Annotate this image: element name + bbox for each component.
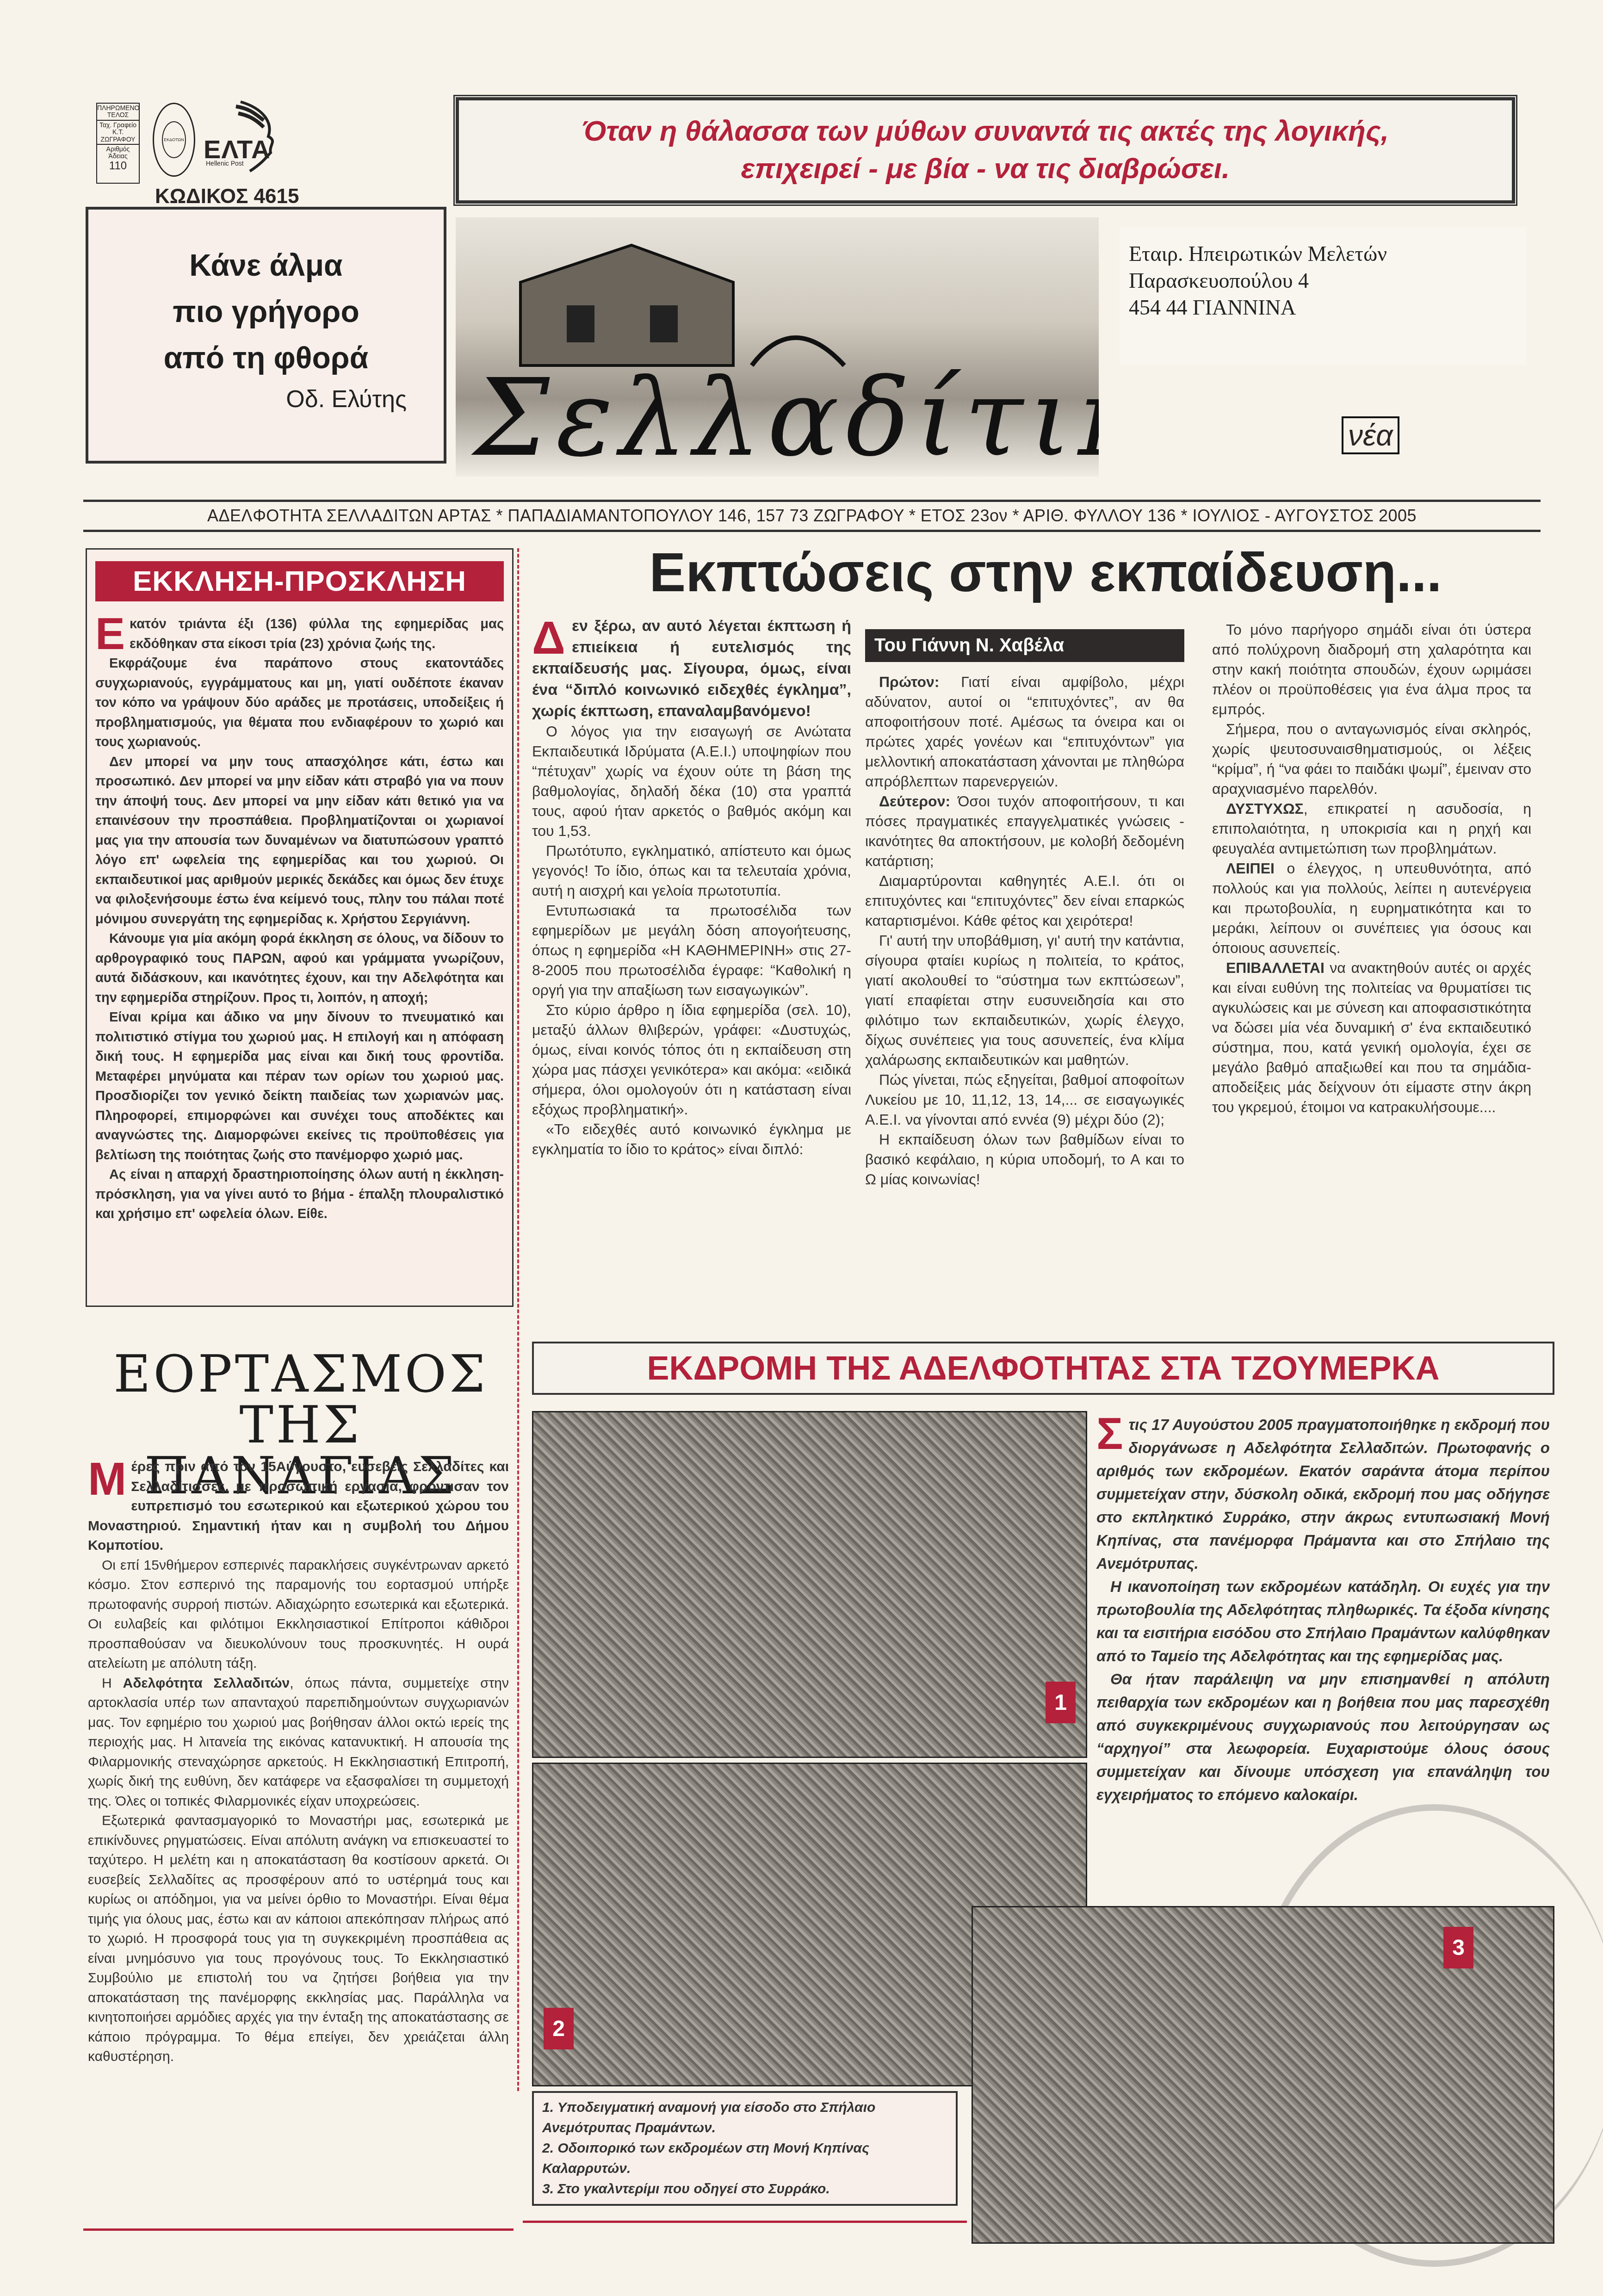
office-label: Ταχ. Γραφείο — [99, 121, 136, 129]
lead-paragraph: έρες πριν από τον 15Αύγουστο, ευσεβείς Σ… — [88, 1459, 509, 1553]
lead-word: Δεύτερον: — [879, 793, 950, 810]
article-paragraph: Γι' αυτή την υποβάθμιση, γι' αυτή την κα… — [865, 932, 1184, 1068]
article-paragraph: Το μόνο παρήγορο σημάδι είναι ότι ύστερα… — [1212, 621, 1531, 718]
article-paragraph: Πώς γίνεται, πώς εξηγείται, βαθμοί αποφο… — [865, 1071, 1184, 1128]
main-headline: Εκπτώσεις στην εκπαίδευση... — [537, 541, 1554, 604]
lead-paragraph: εν ξέρω, αν αυτό λέγεται έκπτωση ή επιεί… — [532, 617, 851, 720]
photo-number-tag: 3 — [1443, 1927, 1473, 1968]
license-label: Αριθμός Άδειας — [106, 145, 130, 160]
postage-paid-box: ΠΛΗΡΩΜΕΝΟ ΤΕΛΟΣ Ταχ. ΓραφείοΚ.Τ. ΖΩΓΡΑΦΟ… — [96, 103, 140, 184]
lead-word: Πρώτον: — [879, 674, 939, 690]
caption-2: 2. Οδοιπορικό των εκδρομέων στη Μονή Κηπ… — [542, 2138, 947, 2179]
issue-info-bar: ΑΔΕΛΦΟΤΗΤΑ ΣΕΛΛΑΔΙΤΩΝ ΑΡΤΑΣ * ΠΑΠΑΔΙΑΜΑΝ… — [83, 500, 1541, 532]
excursion-title: ΕΚΔΡΟΜΗ ΤΗΣ ΑΔΕΛΦΟΤΗΤΑΣ ΣΤΑ ΤΖΟΥΜΕΡΚΑ — [532, 1342, 1554, 1395]
quote-line: πιο γρήγορο — [88, 288, 444, 334]
bold-name: Αδελφότητα Σελλαδιτών — [123, 1676, 290, 1691]
license-number: 110 — [109, 160, 127, 172]
address-line-2: Παρασκευοπούλου 4 — [1129, 267, 1527, 294]
article-paragraph: Ο λόγος για την εισαγωγή σε Ανώτατα Εκπα… — [532, 722, 851, 841]
recipient-address: Εταιρ. Ηπειρωτικών Μελετών Παρασκευοπούλ… — [1120, 227, 1527, 365]
quote-line: Κάνε άλμα — [88, 242, 444, 288]
article-paragraph: Θα ήταν παράλειψη να μην επισημανθεί η α… — [1096, 1668, 1550, 1807]
stamp-inner: ΕΚΔΟΤΩΝ — [162, 121, 186, 158]
office-name: Κ.Τ. ΖΩΓΡΑΦΟΥ — [101, 128, 136, 142]
education-column-1: Δεν ξέρω, αν αυτό λέγεται έκπτωση ή επιε… — [532, 615, 851, 1159]
article-paragraph: Εντυπωσιακά τα πρωτοσέλιδα των εφημερίδω… — [532, 901, 851, 1000]
education-column-2: Του Γιάννη Ν. Χαβέλα Πρώτον: Γιατί είναι… — [865, 629, 1184, 1189]
excursion-article: Στις 17 Αυγούστου 2005 πραγματοποιήθηκε … — [1096, 1413, 1550, 1807]
lead-word: ΕΠΙΒΑΛΛΕΤΑΙ — [1226, 959, 1324, 976]
appeal-paragraph: Δεν μπορεί να μην τους απασχόλησε κάτι, … — [95, 752, 504, 929]
dropcap: Μ — [88, 1460, 126, 1498]
appeal-paragraph: Ας είναι η απαρχή δραστηριοποίησης όλων … — [95, 1165, 504, 1224]
article-paragraph: Οι επί 15νθήμερον εσπερινές παρακλήσεις … — [88, 1556, 509, 1674]
photo-captions: 1. Υποδειγματική αναμονή για είσοδο στο … — [532, 2091, 958, 2206]
motto-banner: Όταν η θάλασσα των μύθων συναντά τις ακτ… — [453, 95, 1517, 206]
article-paragraph: Στο κύριο άρθρο η ίδια εφημερίδα (σελ. 1… — [532, 1000, 851, 1120]
feast-title-line-1: ΕΟΡΤΑΣΜΟΣ — [88, 1349, 514, 1399]
appeal-paragraph: Εκφράζουμε ένα παράπονο στους εκατοντάδε… — [95, 654, 504, 752]
lead-word: ΔΥΣΤΥΧΩΣ — [1226, 800, 1304, 817]
text: Η — [102, 1676, 123, 1691]
dropcap: Ε — [95, 616, 125, 652]
postal-code: ΚΩΔΙΚΟΣ 4615 — [155, 185, 299, 208]
education-column-3: Το μόνο παρήγορο σημάδι είναι ότι ύστερα… — [1212, 620, 1531, 1117]
appeal-paragraph: Είναι κρίμα και άδικο να μην δίνουν το π… — [95, 1008, 504, 1165]
masthead-illustration: Σελλαδίτικα — [456, 217, 1099, 477]
article-paragraph: Διαμαρτύρονται καθηγητές Α.Ε.Ι. ότι οι ε… — [865, 873, 1184, 929]
article-paragraph: Εξωτερικά φαντασμαγορικό το Μοναστήρι μα… — [88, 1811, 509, 2067]
article-paragraph: «Το ειδεχθές αυτό κοινωνικό έγκλημα με ε… — [532, 1120, 851, 1159]
photo-cave-queue — [532, 1411, 1087, 1758]
quote-line: από τη φθορά — [88, 334, 444, 381]
appeal-invitation-box: ΕΚΚΛΗΣΗ-ΠΡΟΣΚΛΗΣΗ Εκατόν τριάντα έξι (13… — [86, 548, 514, 1307]
feast-article: Μέρες πριν από τον 15Αύγουστο, ευσεβείς … — [88, 1457, 509, 2067]
article-paragraph: Σήμερα, που ο ανταγωνισμός είναι σκληρός… — [1212, 721, 1531, 797]
caption-3: 3. Στο γκαλντερίμι που οδηγεί στο Συρράκ… — [542, 2179, 947, 2199]
author-byline: Του Γιάννη Ν. Χαβέλα — [865, 629, 1184, 662]
column-divider — [517, 548, 519, 2091]
article-paragraph: να ανακτηθούν αυτές οι αρχές και είναι ε… — [1212, 959, 1531, 1115]
quote-author: Οδ. Ελύτης — [88, 385, 444, 413]
article-paragraph: Πρωτότυπο, εγκληματικό, απίστευτο και όμ… — [532, 841, 851, 901]
photo-number-tag: 2 — [544, 2008, 574, 2049]
article-paragraph: Γιατί είναι αμφίβολο, μέχρι αδύνατον, αυ… — [865, 674, 1184, 790]
article-paragraph: τις 17 Αυγούστου 2005 πραγματοποιήθηκε η… — [1096, 1416, 1550, 1572]
publishers-stamp: ΕΚΔΟΤΩΝ — [153, 103, 195, 177]
village-house-illustration-icon — [493, 227, 863, 375]
paid-label: ΠΛΗΡΩΜΕΝΟ ΤΕΛΟΣ — [97, 104, 139, 121]
article-paragraph: Η ικανοποίηση των εκδρομέων κατάδηλη. Οι… — [1096, 1575, 1550, 1668]
newspaper-title: Σελλαδίτικα — [474, 365, 1099, 472]
caption-1: 1. Υποδειγματική αναμονή για είσοδο στο … — [542, 2098, 947, 2138]
lead-word: ΛΕΙΠΕΙ — [1226, 860, 1275, 877]
dropcap: Σ — [1096, 1413, 1123, 1455]
dropcap: Δ — [532, 618, 565, 658]
elytis-quote-box: Κάνε άλμα πιο γρήγορο από τη φθορά Οδ. Ε… — [86, 207, 446, 464]
bottom-rule — [83, 2228, 514, 2231]
motto-line-2: επιχειρεί - με βία - να τις διαβρώσει. — [741, 150, 1230, 188]
title-suffix-nea: νέα — [1342, 416, 1399, 454]
article-paragraph: Η εκπαίδευση όλων των βαθμίδων είναι το … — [865, 1131, 1184, 1188]
address-line-3: 454 44 ΓΙΑΝΝΙΝΑ — [1129, 294, 1527, 321]
article-paragraph: , όπως πάντα, συμμετείχε στην αρτοκλασία… — [88, 1676, 509, 1809]
elta-subtitle: Hellenic Post — [206, 160, 244, 167]
appeal-paragraph: Κάνουμε για μία ακόμη φορά έκκληση σε όλ… — [95, 929, 504, 1008]
bottom-rule — [523, 2221, 967, 2223]
address-line-1: Εταιρ. Ηπειρωτικών Μελετών — [1129, 241, 1527, 267]
motto-line-1: Όταν η θάλασσα των μύθων συναντά τις ακτ… — [582, 113, 1389, 150]
photo-number-tag: 1 — [1046, 1682, 1076, 1723]
appeal-paragraph: κατόν τριάντα έξι (136) φύλλα της εφημερ… — [130, 617, 504, 651]
appeal-title: ΕΚΚΛΗΣΗ-ΠΡΟΣΚΛΗΣΗ — [95, 561, 504, 601]
